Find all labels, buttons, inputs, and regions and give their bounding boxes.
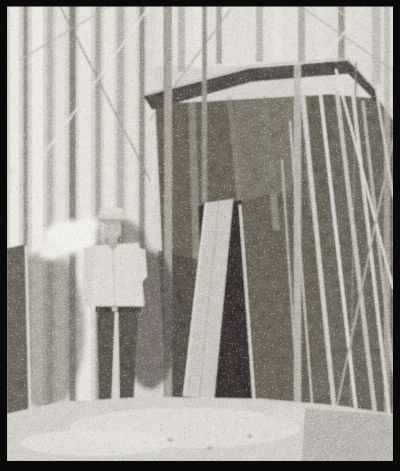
photo-frame (0, 0, 400, 471)
film-grain (7, 6, 393, 461)
photo-area (5, 6, 400, 461)
photograph (0, 0, 400, 471)
